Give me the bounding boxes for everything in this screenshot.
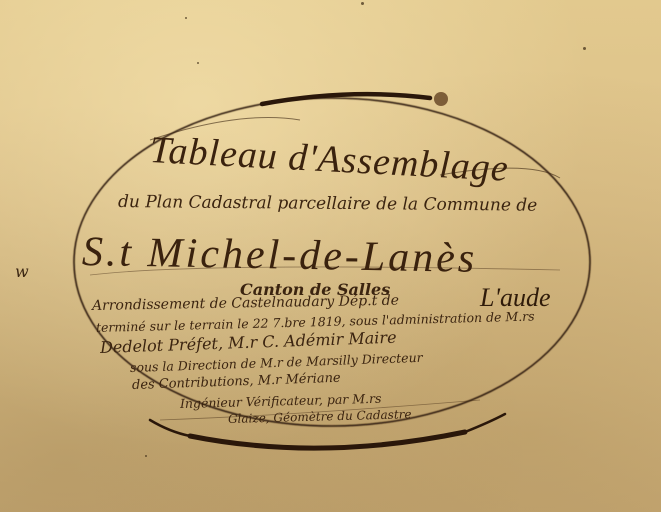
commune-name: S.t Michel-de-Lanès [82,228,478,283]
margin-mark: w [15,262,29,281]
document-page: Tableau d'Assemblage du Plan Cadastral p… [0,0,661,512]
document-subtitle: du Plan Cadastral parcellaire de la Comm… [118,192,537,216]
